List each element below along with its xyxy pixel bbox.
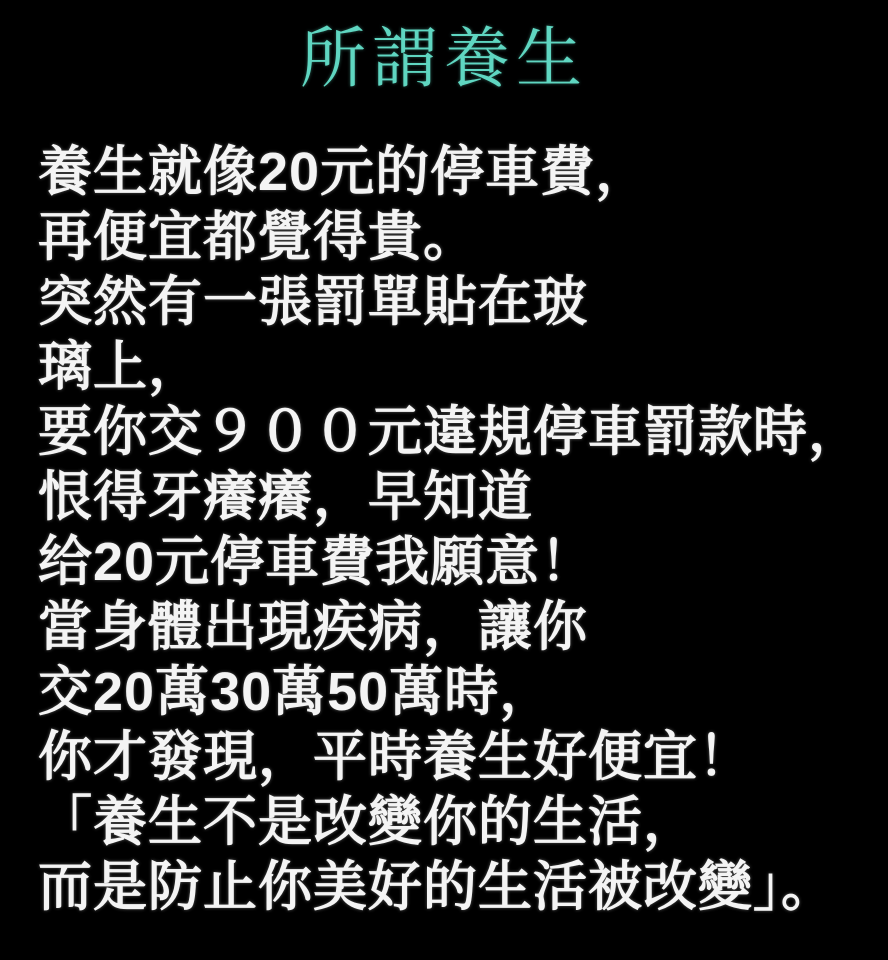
text-line: 要你交９００元違規停車罰款時， xyxy=(38,400,880,465)
text-line: 给20元停車費我願意！ xyxy=(38,530,880,595)
text-line: 養生就像20元的停車費， xyxy=(38,140,880,205)
body-text: 養生就像20元的停車費， 再便宜都覺得貴。 突然有一張罰單貼在玻 璃上， 要你交… xyxy=(38,140,880,920)
text-line: 當身體出現疾病，讓你 xyxy=(38,595,880,660)
text-line: 「養生不是改變你的生活， xyxy=(38,790,880,855)
text-line: 恨得牙癢癢，早知道 xyxy=(38,465,880,530)
page-title: 所謂養生 xyxy=(0,18,888,98)
text-line: 交20萬30萬50萬時， xyxy=(38,660,880,725)
quote-image: 所謂養生 養生就像20元的停車費， 再便宜都覺得貴。 突然有一張罰單貼在玻 璃上… xyxy=(0,0,888,960)
text-line: 璃上， xyxy=(38,335,880,400)
text-line: 突然有一張罰單貼在玻 xyxy=(38,270,880,335)
text-line: 再便宜都覺得貴。 xyxy=(38,205,880,270)
text-line: 你才發現，平時養生好便宜！ xyxy=(38,725,880,790)
text-line: 而是防止你美好的生活被改變」。 xyxy=(38,855,880,920)
